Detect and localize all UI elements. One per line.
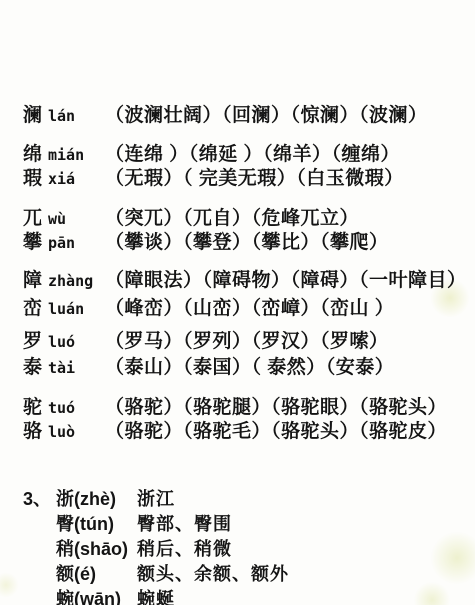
- headword-with-pinyin: 蜿(wān): [56, 587, 137, 605]
- headword-with-pinyin: 浙(zhè): [56, 487, 137, 512]
- example-words: （无瑕）（ 完美无瑕）（白玉微瑕）: [105, 167, 404, 191]
- word-entry-row: 瑕 xiá （无瑕）（ 完美无瑕）（白玉微瑕）: [23, 167, 469, 191]
- headword-character: 绵: [23, 143, 48, 167]
- example-words: （峰峦）（山峦）（峦嶂）（峦山 ）: [105, 297, 394, 321]
- pinyin-label: luó: [48, 330, 105, 354]
- word-entry-row: 兀 wù （突兀）（兀自）（危峰兀立）: [23, 207, 469, 231]
- headword-character: 峦: [23, 297, 48, 321]
- word-entry-row: 罗 luó （罗马）（罗列）（罗汉）（罗嗦）: [23, 330, 469, 354]
- example-words: （突兀）（兀自）（危峰兀立）: [105, 207, 359, 231]
- pinyin-label: tài: [48, 356, 105, 380]
- headword-character: 骆: [23, 420, 48, 444]
- pinyin-label: pān: [48, 231, 105, 255]
- headword-character: 兀: [23, 207, 48, 231]
- word-entry-row: 驼 tuó （骆驼）（骆驼腿）（骆驼眼）（骆驼头）: [23, 396, 469, 420]
- word-entry-row: 障 zhàng （障眼法）（障碍物）（障碍）（一叶障目）: [23, 269, 469, 293]
- headword-character: 泰: [23, 356, 48, 380]
- example-words: 臀部、臀围: [137, 512, 232, 537]
- pinyin-label: wù: [48, 207, 105, 231]
- pinyin-label: luò: [48, 420, 105, 444]
- example-words: （波澜壮阔）（回澜）（惊澜）（波澜）: [105, 104, 428, 128]
- word-entry-row: 攀 pān （攀谈）（攀登）（攀比）（攀爬）: [23, 231, 469, 255]
- headword-character: 攀: [23, 231, 48, 255]
- pinyin-label: tuó: [48, 396, 105, 420]
- section3-entry-row: 额(é) 额头、余额、额外: [23, 562, 469, 587]
- section3-entry-row: 稍(shāo) 稍后、稍微: [23, 537, 469, 562]
- section-number: 3、: [23, 487, 56, 512]
- example-words: （障眼法）（障碍物）（障碍）（一叶障目）: [105, 269, 467, 293]
- headword-character: 罗: [23, 330, 48, 354]
- pinyin-label: mián: [48, 143, 105, 167]
- pinyin-label: lán: [48, 104, 105, 128]
- example-words: 稍后、稍微: [137, 537, 232, 562]
- example-words: （骆驼）（骆驼毛）（骆驼头）（骆驼皮）: [105, 420, 447, 444]
- example-words: （骆驼）（骆驼腿）（骆驼眼）（骆驼头）: [105, 396, 447, 420]
- pinyin-label: zhàng: [48, 269, 105, 293]
- example-words: （泰山）（泰国）（ 泰然）（安泰）: [105, 356, 394, 380]
- word-entry-row: 澜 lán （波澜壮阔）（回澜）（惊澜）（波澜）: [23, 104, 469, 128]
- word-entry-row: 骆 luò （骆驼）（骆驼毛）（骆驼头）（骆驼皮）: [23, 420, 469, 444]
- example-words: 浙江: [137, 487, 175, 512]
- section3-entry-row: 蜿(wān) 蜿蜒: [23, 587, 469, 605]
- headword-character: 澜: [23, 104, 48, 128]
- pinyin-label: xiá: [48, 167, 105, 191]
- section3-entry-row: 臀(tún) 臀部、臀围: [23, 512, 469, 537]
- example-words: 蜿蜒: [137, 587, 175, 605]
- example-words: （连绵 ）（绵延 ）（绵羊）（缠绵）: [105, 143, 400, 167]
- word-entry-row: 泰 tài （泰山）（泰国）（ 泰然）（安泰）: [23, 356, 469, 380]
- headword-character: 障: [23, 269, 48, 293]
- example-words: （攀谈）（攀登）（攀比）（攀爬）: [105, 231, 389, 255]
- word-entry-row: 绵 mián （连绵 ）（绵延 ）（绵羊）（缠绵）: [23, 143, 469, 167]
- headword-with-pinyin: 稍(shāo): [56, 537, 137, 562]
- pinyin-label: luán: [48, 297, 105, 321]
- headword-character: 瑕: [23, 167, 48, 191]
- example-words: （罗马）（罗列）（罗汉）（罗嗦）: [105, 330, 389, 354]
- headword-character: 驼: [23, 396, 48, 420]
- word-entry-row: 峦 luán （峰峦）（山峦）（峦嶂）（峦山 ）: [23, 297, 469, 321]
- section3-entry-row: 3、 浙(zhè) 浙江: [23, 487, 469, 512]
- headword-with-pinyin: 额(é): [56, 562, 137, 587]
- example-words: 额头、余额、额外: [137, 562, 289, 587]
- headword-with-pinyin: 臀(tún): [56, 512, 137, 537]
- worksheet-page: 澜 lán （波澜壮阔）（回澜）（惊澜）（波澜） 绵 mián （连绵 ）（绵延…: [0, 0, 475, 605]
